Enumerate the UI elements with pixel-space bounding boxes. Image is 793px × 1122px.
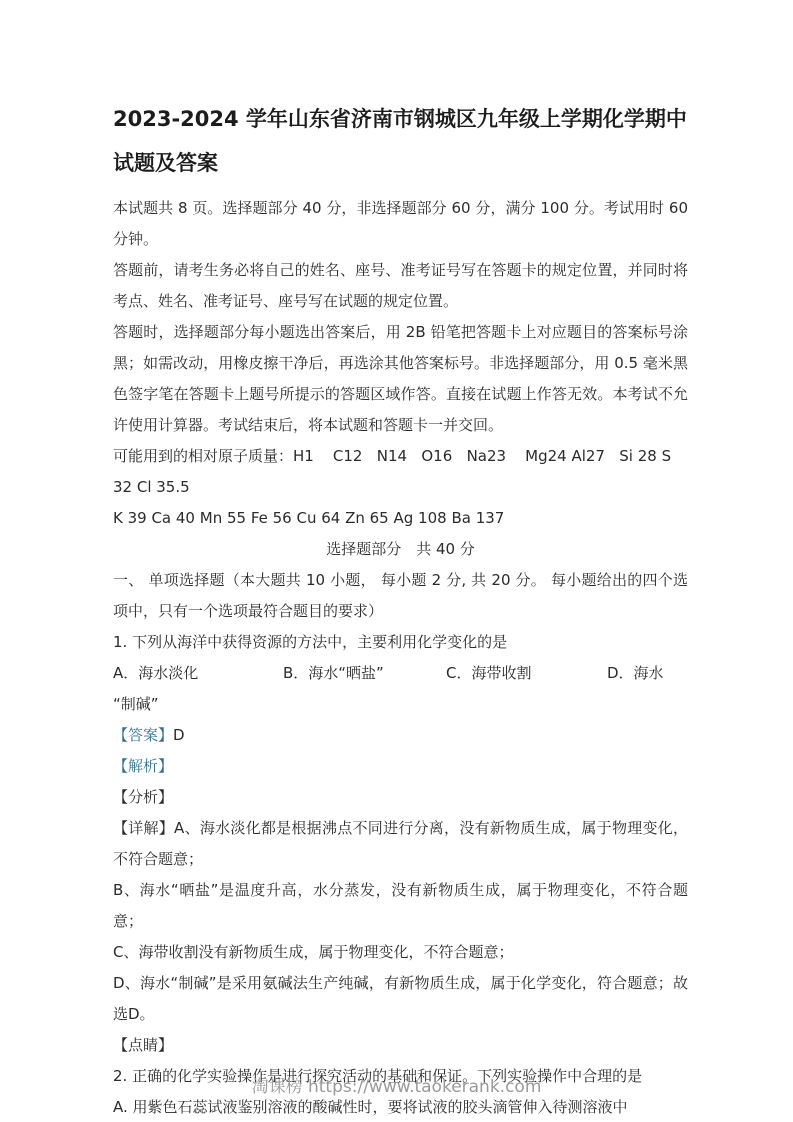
- exam-instructions-paragraph-2: 答题前，请考生务必将自己的姓名、座号、准考证号写在答题卡的规定位置，并同时将考点…: [113, 255, 688, 317]
- question-1-option-b: B．海水“晒盐”: [283, 658, 446, 689]
- question-1-stem: 1. 下列从海洋中获得资源的方法中，主要利用化学变化的是: [113, 627, 688, 658]
- answer-value: D: [173, 726, 185, 744]
- section-heading: 选择题部分 共 40 分: [113, 534, 688, 565]
- explanation-label: 【解析】: [113, 751, 688, 782]
- site-watermark: 淘课榜 https://www.taokerank.com: [0, 1076, 793, 1098]
- detailed-explanation-c: C、海带收割没有新物质生成，属于物理变化，不符合题意；: [113, 937, 688, 968]
- exam-instructions-paragraph-1: 本试题共 8 页。选择题部分 40 分，非选择题部分 60 分，满分 100 分…: [113, 193, 688, 255]
- question-1-option-d: D．海水: [607, 658, 688, 689]
- question-1-options-row: A．海水淡化 B．海水“晒盐” C．海带收割 D．海水: [113, 658, 688, 689]
- detailed-explanation-a: 【详解】A、海水淡化都是根据沸点不同进行分离，没有新物质生成，属于物理变化，不符…: [113, 813, 688, 875]
- analysis-label: 【分析】: [113, 782, 688, 813]
- question-1-option-a: A．海水淡化: [113, 658, 283, 689]
- question-1-answer-row: 【答案】D: [113, 720, 688, 751]
- page-title: 2023-2024 学年山东省济南市钢城区九年级上学期化学期中试题及答案: [113, 97, 688, 185]
- detailed-explanation-d: D、海水“制碱”是采用氨碱法生产纯碱，有新物质生成，属于化学变化，符合题意；故选…: [113, 968, 688, 1030]
- key-point-label: 【点睛】: [113, 1030, 688, 1061]
- answer-label: 【答案】: [113, 726, 173, 744]
- question-1-option-c: C．海带收割: [446, 658, 607, 689]
- atomic-mass-line-2: K 39 Ca 40 Mn 55 Fe 56 Cu 64 Zn 65 Ag 10…: [113, 503, 688, 534]
- exam-instructions-paragraph-3: 答题时，选择题部分每小题选出答案后，用 2B 铅笔把答题卡上对应题目的答案标号涂…: [113, 317, 688, 441]
- exam-document-page: 2023-2024 学年山东省济南市钢城区九年级上学期化学期中试题及答案 本试题…: [0, 0, 793, 1122]
- detailed-explanation-b: B、海水“晒盐”是温度升高，水分蒸发，没有新物质生成，属于物理变化，不符合题意；: [113, 875, 688, 937]
- question-1-option-d-wrap: “制碱”: [113, 689, 688, 720]
- section-directions: 一、 单项选择题（本大题共 10 小题， 每小题 2 分, 共 20 分。 每小…: [113, 565, 688, 627]
- atomic-mass-line-1: 可能用到的相对原子质量：H1 C12 N14 O16 Na23 Mg24 Al2…: [113, 441, 688, 503]
